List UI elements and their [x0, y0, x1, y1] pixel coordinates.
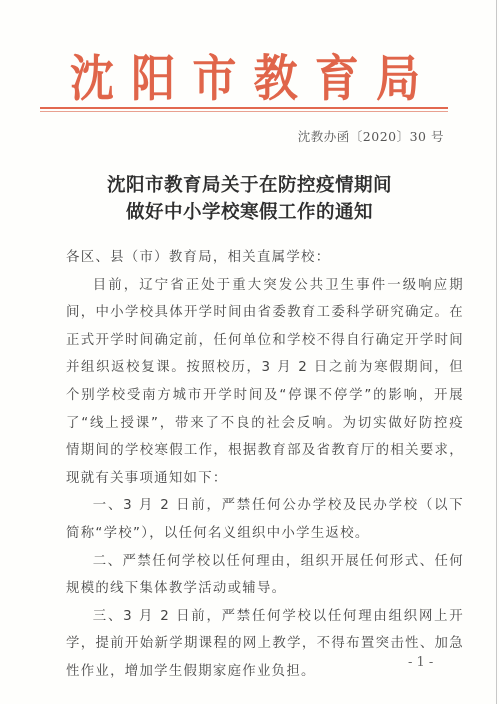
- paragraph-intro: 目前，辽宁省正处于重大突发公共卫生事件一级响应期间，中小学校具体开学时间由省委教…: [66, 272, 464, 493]
- masthead-rule-thick: [40, 107, 448, 109]
- masthead-char: 局: [376, 55, 420, 104]
- document-number: 沈教办函〔2020〕30 号: [298, 127, 444, 145]
- paragraph-item-2: 二、严禁任何学校以任何理由，组织开展任何形式、任何规模的线下集体教学活动或辅导。: [66, 548, 464, 603]
- masthead-char: 育: [315, 55, 359, 104]
- page-edge-line: [496, 0, 497, 704]
- title-line: 沈阳市教育局关于在防控疫情期间: [0, 172, 499, 199]
- masthead-title: 沈 阳 市 教 育 局: [40, 50, 448, 110]
- paragraph-item-3: 三、3 月 2 日前，严禁任何学校以任何理由组织网上开学，提前开始新学期课程的网…: [66, 603, 464, 686]
- masthead-char: 沈: [70, 55, 114, 104]
- masthead-char: 教: [254, 55, 298, 104]
- page-number: - 1 -: [408, 655, 433, 670]
- salutation: 各区、县（市）教育局，相关直属学校：: [66, 244, 464, 272]
- document-title: 沈阳市教育局关于在防控疫情期间 做好中小学校寒假工作的通知: [0, 172, 499, 226]
- title-line: 做好中小学校寒假工作的通知: [0, 199, 499, 226]
- paragraph-item-1: 一、3 月 2 日前，严禁任何公办学校及民办学校（以下简称“学校”），以任何名义…: [66, 492, 464, 547]
- masthead-rule-thin: [40, 111, 448, 112]
- document-body: 各区、县（市）教育局，相关直属学校： 目前，辽宁省正处于重大突发公共卫生事件一级…: [66, 244, 464, 686]
- masthead-char: 阳: [131, 55, 175, 104]
- masthead-char: 市: [192, 55, 236, 104]
